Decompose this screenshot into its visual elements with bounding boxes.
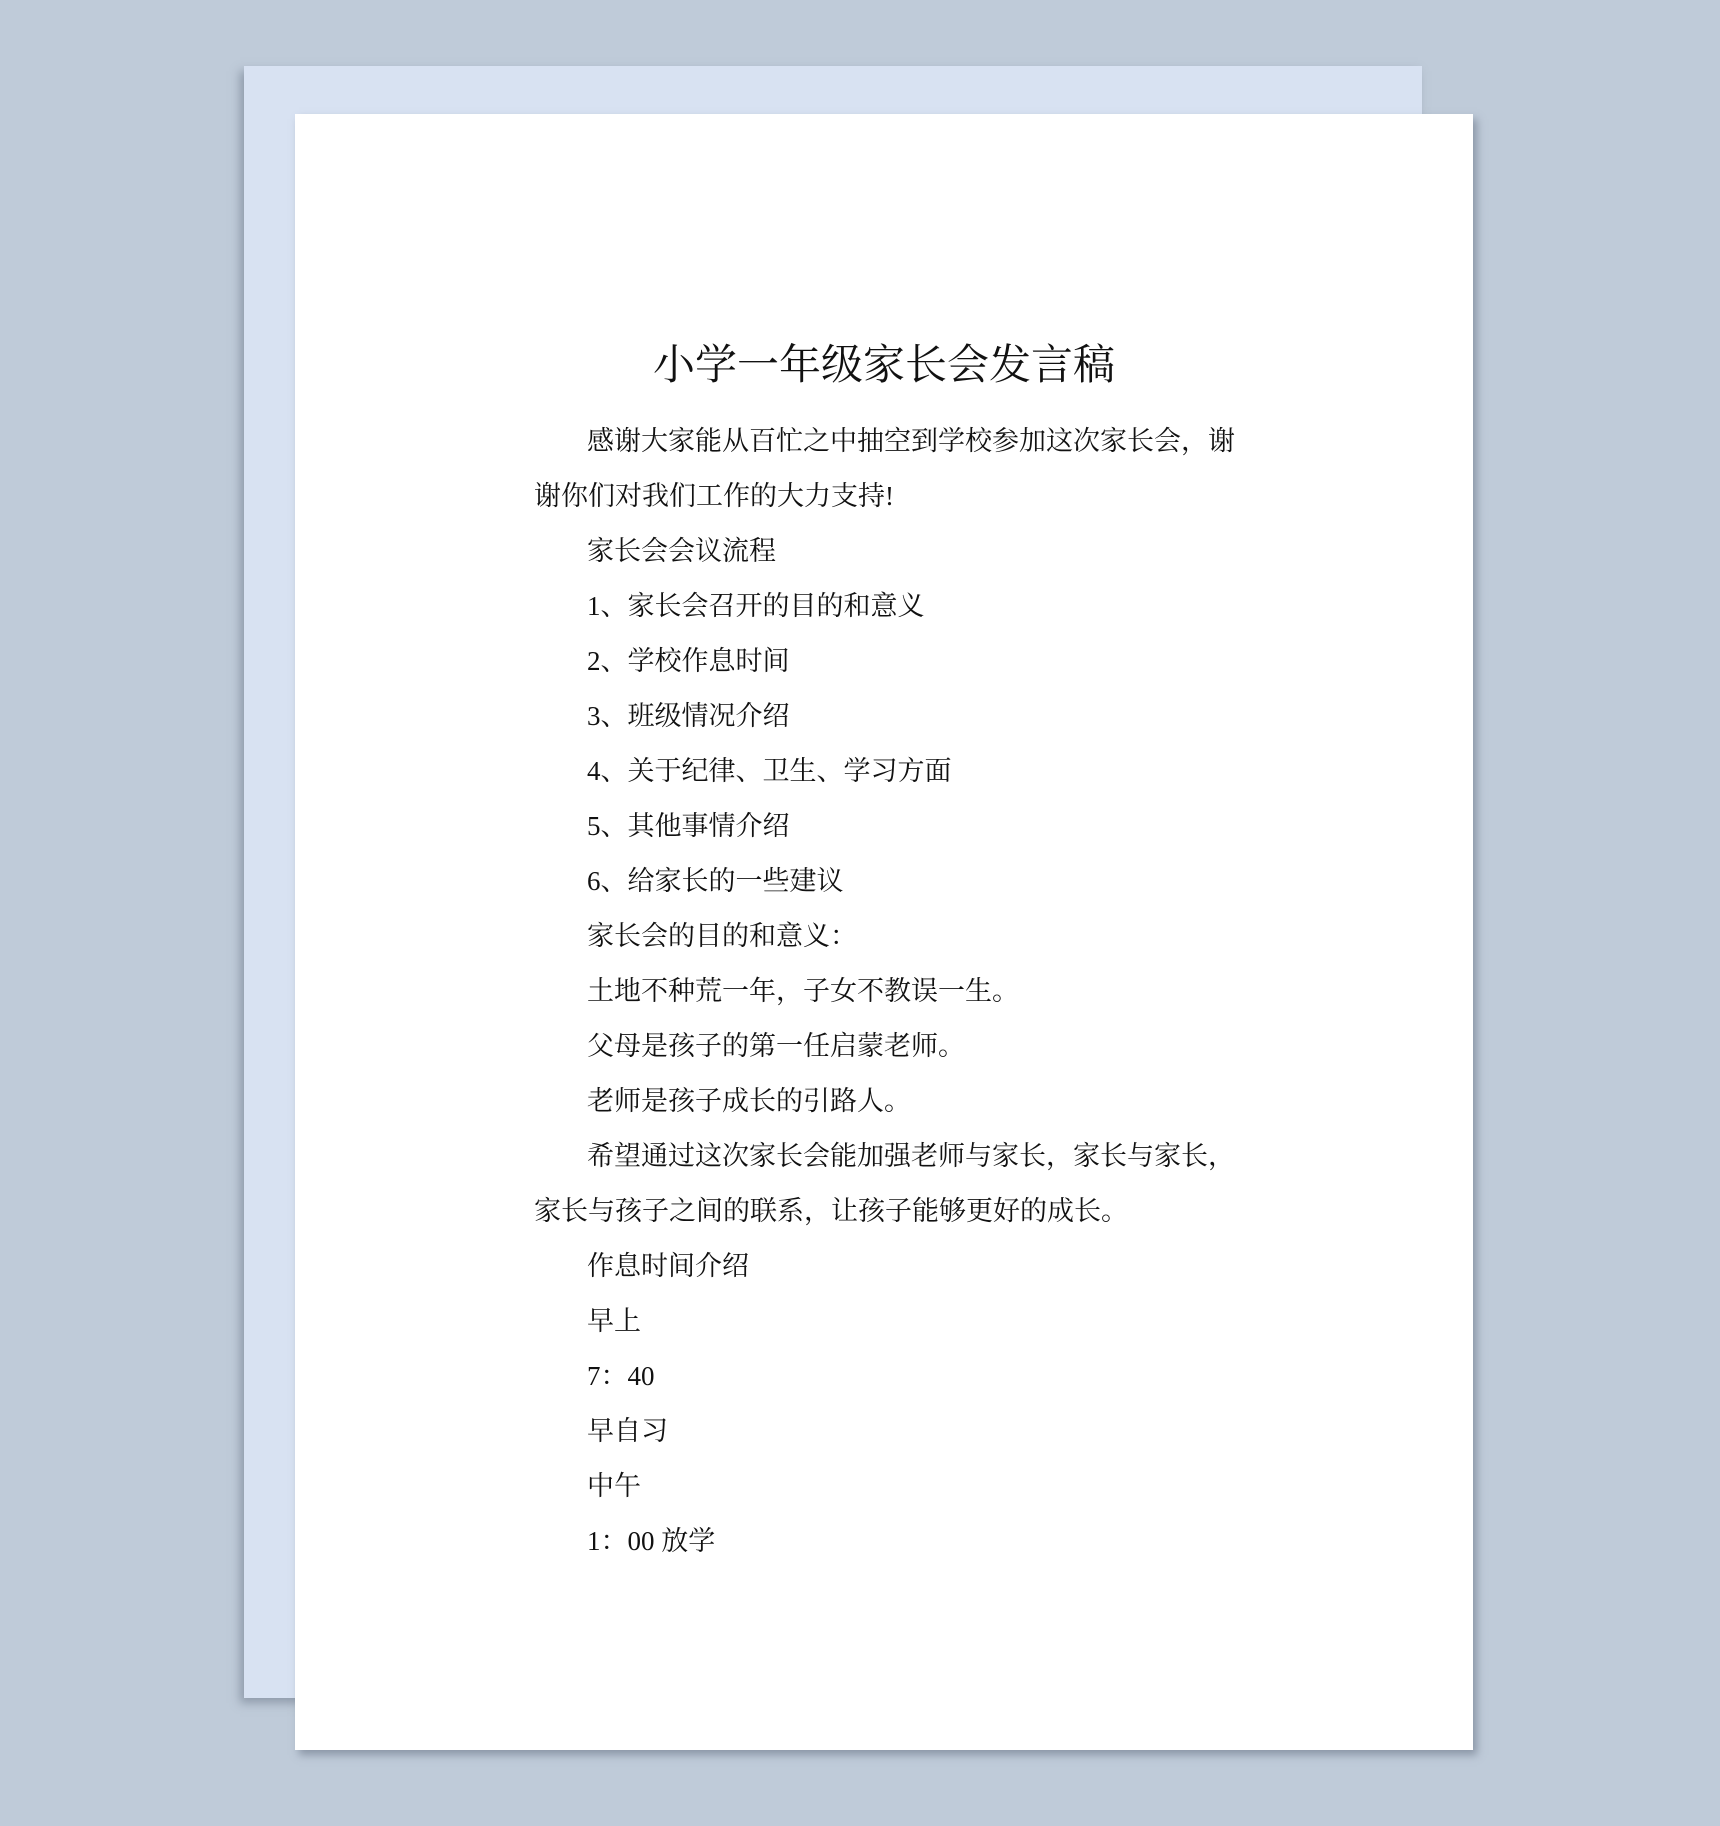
text-line: 5、其他事情介绍: [534, 799, 1234, 854]
workspace-background: 小学一年级家长会发言稿 感谢大家能从百忙之中抽空到学校参加这次家长会，谢谢你们对…: [0, 0, 1720, 1826]
text-line: 家长会的目的和意义：: [534, 909, 1234, 964]
text-line: 4、关于纪律、卫生、学习方面: [534, 744, 1234, 799]
text-line: 3、班级情况介绍: [534, 689, 1234, 744]
text-line: 家长与孩子之间的联系，让孩子能够更好的成长。: [534, 1184, 1234, 1239]
text-line: 早上: [534, 1294, 1234, 1349]
document-title: 小学一年级家长会发言稿: [534, 336, 1234, 396]
text-line: 1、家长会召开的目的和意义: [534, 579, 1234, 634]
text-line: 土地不种荒一年，子女不教误一生。: [534, 964, 1234, 1019]
text-line: 6、给家长的一些建议: [534, 854, 1234, 909]
text-line: 希望通过这次家长会能加强老师与家长，家长与家长，: [534, 1129, 1234, 1184]
text-line: 7：40: [534, 1349, 1234, 1404]
text-line: 早自习: [534, 1404, 1234, 1459]
text-line: 父母是孩子的第一任启蒙老师。: [534, 1019, 1234, 1074]
text-line: 谢你们对我们工作的大力支持!: [534, 469, 1234, 524]
text-line: 中午: [534, 1459, 1234, 1514]
text-line: 作息时间介绍: [534, 1239, 1234, 1294]
text-line: 老师是孩子成长的引路人。: [534, 1074, 1234, 1129]
text-line: 家长会会议流程: [534, 524, 1234, 579]
document-body: 感谢大家能从百忙之中抽空到学校参加这次家长会，谢谢你们对我们工作的大力支持!家长…: [534, 414, 1234, 1569]
document-page: 小学一年级家长会发言稿 感谢大家能从百忙之中抽空到学校参加这次家长会，谢谢你们对…: [295, 114, 1473, 1750]
text-line: 2、学校作息时间: [534, 634, 1234, 689]
text-line: 1：00 放学: [534, 1514, 1234, 1569]
text-line: 感谢大家能从百忙之中抽空到学校参加这次家长会，谢: [534, 414, 1234, 469]
